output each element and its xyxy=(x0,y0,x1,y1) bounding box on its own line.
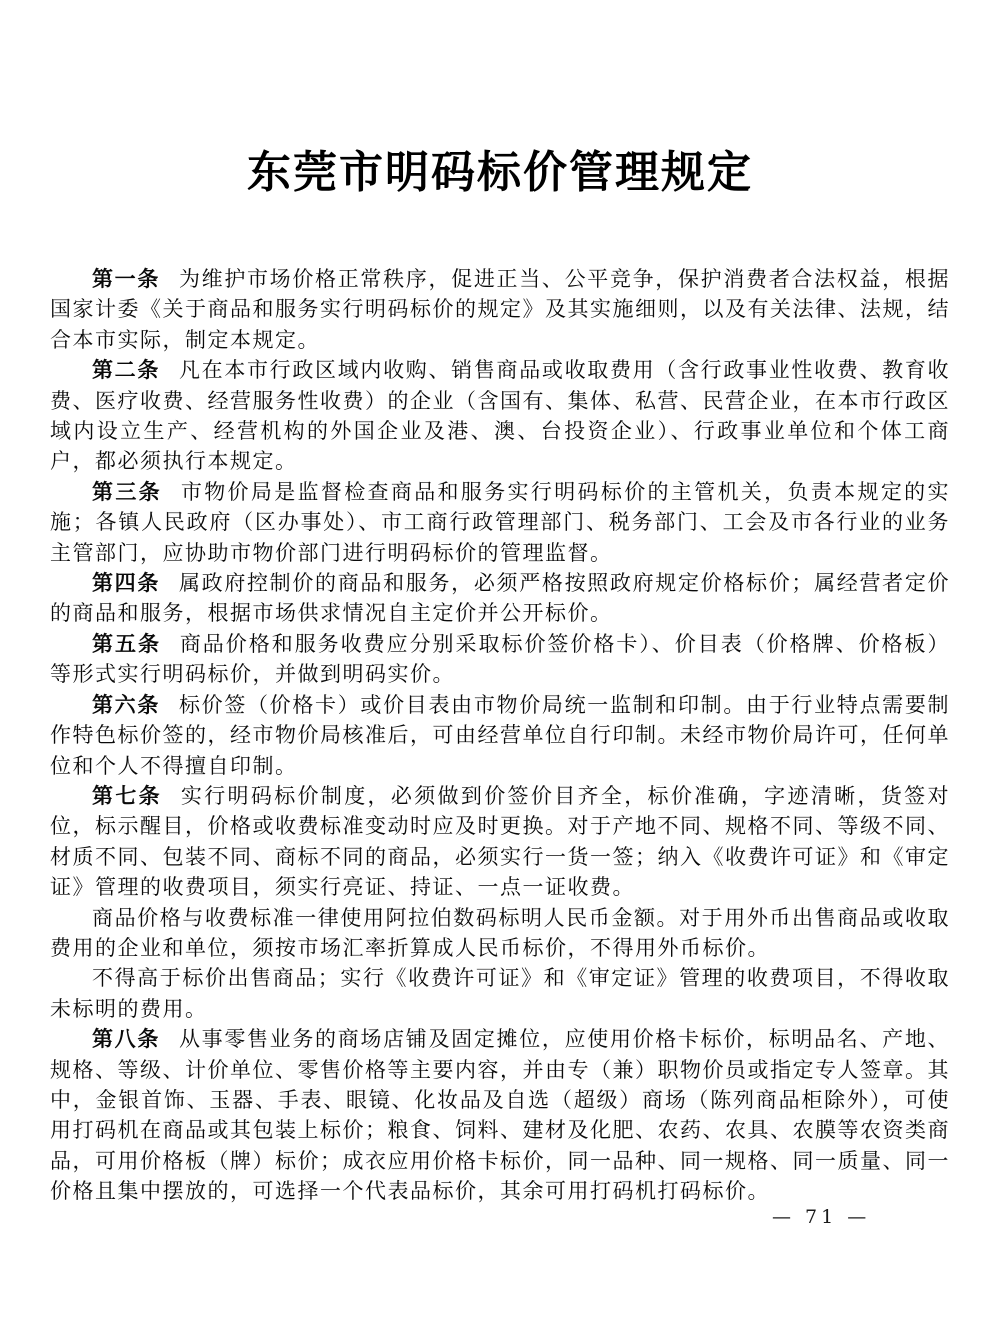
paragraph-article-5: 第五条商品价格和服务收费应分别采取标价签价格卡）、价目表（价格牌、价格板）等形式… xyxy=(50,629,950,690)
article-8-text: 从事零售业务的商场店铺及固定摊位，应使用价格卡标价，标明品名、产地、规格、等级、… xyxy=(50,1027,950,1203)
paragraph-article-4: 第四条属政府控制价的商品和服务，必须严格按照政府规定价格标价；属经营者定价的商品… xyxy=(50,568,950,629)
document-page: 东莞市明码标价管理规定 第一条为维护市场价格正常秩序，促进正当、公平竞争，保护消… xyxy=(0,0,1000,1317)
paragraph-article-1: 第一条为维护市场价格正常秩序，促进正当、公平竞争，保护消费者合法权益，根据国家计… xyxy=(50,264,950,355)
paragraph-article-6: 第六条标价签（价格卡）或价目表由市物价局统一监制和印制。由于行业特点需要制作特色… xyxy=(50,690,950,781)
article-7-cont-2-text: 不得高于标价出售商品；实行《收费许可证》和《审定证》管理的收费项目，不得收取未标… xyxy=(50,966,950,1020)
article-4-text: 属政府控制价的商品和服务，必须严格按照政府规定价格标价；属经营者定价的商品和服务… xyxy=(50,571,950,625)
article-7-label: 第七条 xyxy=(92,783,162,808)
document-title: 东莞市明码标价管理规定 xyxy=(0,0,1000,200)
paragraph-article-3: 第三条市物价局是监督检查商品和服务实行明码标价的主管机关，负责本规定的实施；各镇… xyxy=(50,477,950,568)
article-6-text: 标价签（价格卡）或价目表由市物价局统一监制和印制。由于行业特点需要制作特色标价签… xyxy=(50,693,950,778)
article-1-label: 第一条 xyxy=(92,266,160,291)
article-4-label: 第四条 xyxy=(92,570,160,595)
document-body: 第一条为维护市场价格正常秩序，促进正当、公平竞争，保护消费者合法权益，根据国家计… xyxy=(0,264,1000,1207)
article-7-cont-1-text: 商品价格与收费标准一律使用阿拉伯数码标明人民币金额。对于用外币出售商品或收取费用… xyxy=(50,906,950,960)
article-3-text: 市物价局是监督检查商品和服务实行明码标价的主管机关，负责本规定的实施；各镇人民政… xyxy=(50,480,950,565)
article-2-label: 第二条 xyxy=(92,357,160,382)
page-number: — 71 — xyxy=(772,1206,870,1228)
paragraph-article-7-continued-2: 不得高于标价出售商品；实行《收费许可证》和《审定证》管理的收费项目，不得收取未标… xyxy=(50,963,950,1024)
article-2-text: 凡在本市行政区域内收购、销售商品或收取费用（含行政事业性收费、教育收费、医疗收费… xyxy=(50,358,950,473)
article-3-label: 第三条 xyxy=(92,479,162,504)
paragraph-article-7: 第七条实行明码标价制度，必须做到价签价目齐全，标价准确，字迹清晰，货签对位，标示… xyxy=(50,781,950,903)
article-5-text: 商品价格和服务收费应分别采取标价签价格卡）、价目表（价格牌、价格板）等形式实行明… xyxy=(50,632,950,686)
article-5-label: 第五条 xyxy=(92,631,161,656)
article-1-text: 为维护市场价格正常秩序，促进正当、公平竞争，保护消费者合法权益，根据国家计委《关… xyxy=(50,267,950,352)
article-7-text: 实行明码标价制度，必须做到价签价目齐全，标价准确，字迹清晰，货签对位，标示醒目，… xyxy=(50,784,950,899)
article-6-label: 第六条 xyxy=(92,692,160,717)
article-8-label: 第八条 xyxy=(92,1026,160,1051)
paragraph-article-2: 第二条凡在本市行政区域内收购、销售商品或收取费用（含行政事业性收费、教育收费、医… xyxy=(50,355,950,477)
paragraph-article-8: 第八条从事零售业务的商场店铺及固定摊位，应使用价格卡标价，标明品名、产地、规格、… xyxy=(50,1024,950,1206)
paragraph-article-7-continued-1: 商品价格与收费标准一律使用阿拉伯数码标明人民币金额。对于用外币出售商品或收取费用… xyxy=(50,903,950,964)
